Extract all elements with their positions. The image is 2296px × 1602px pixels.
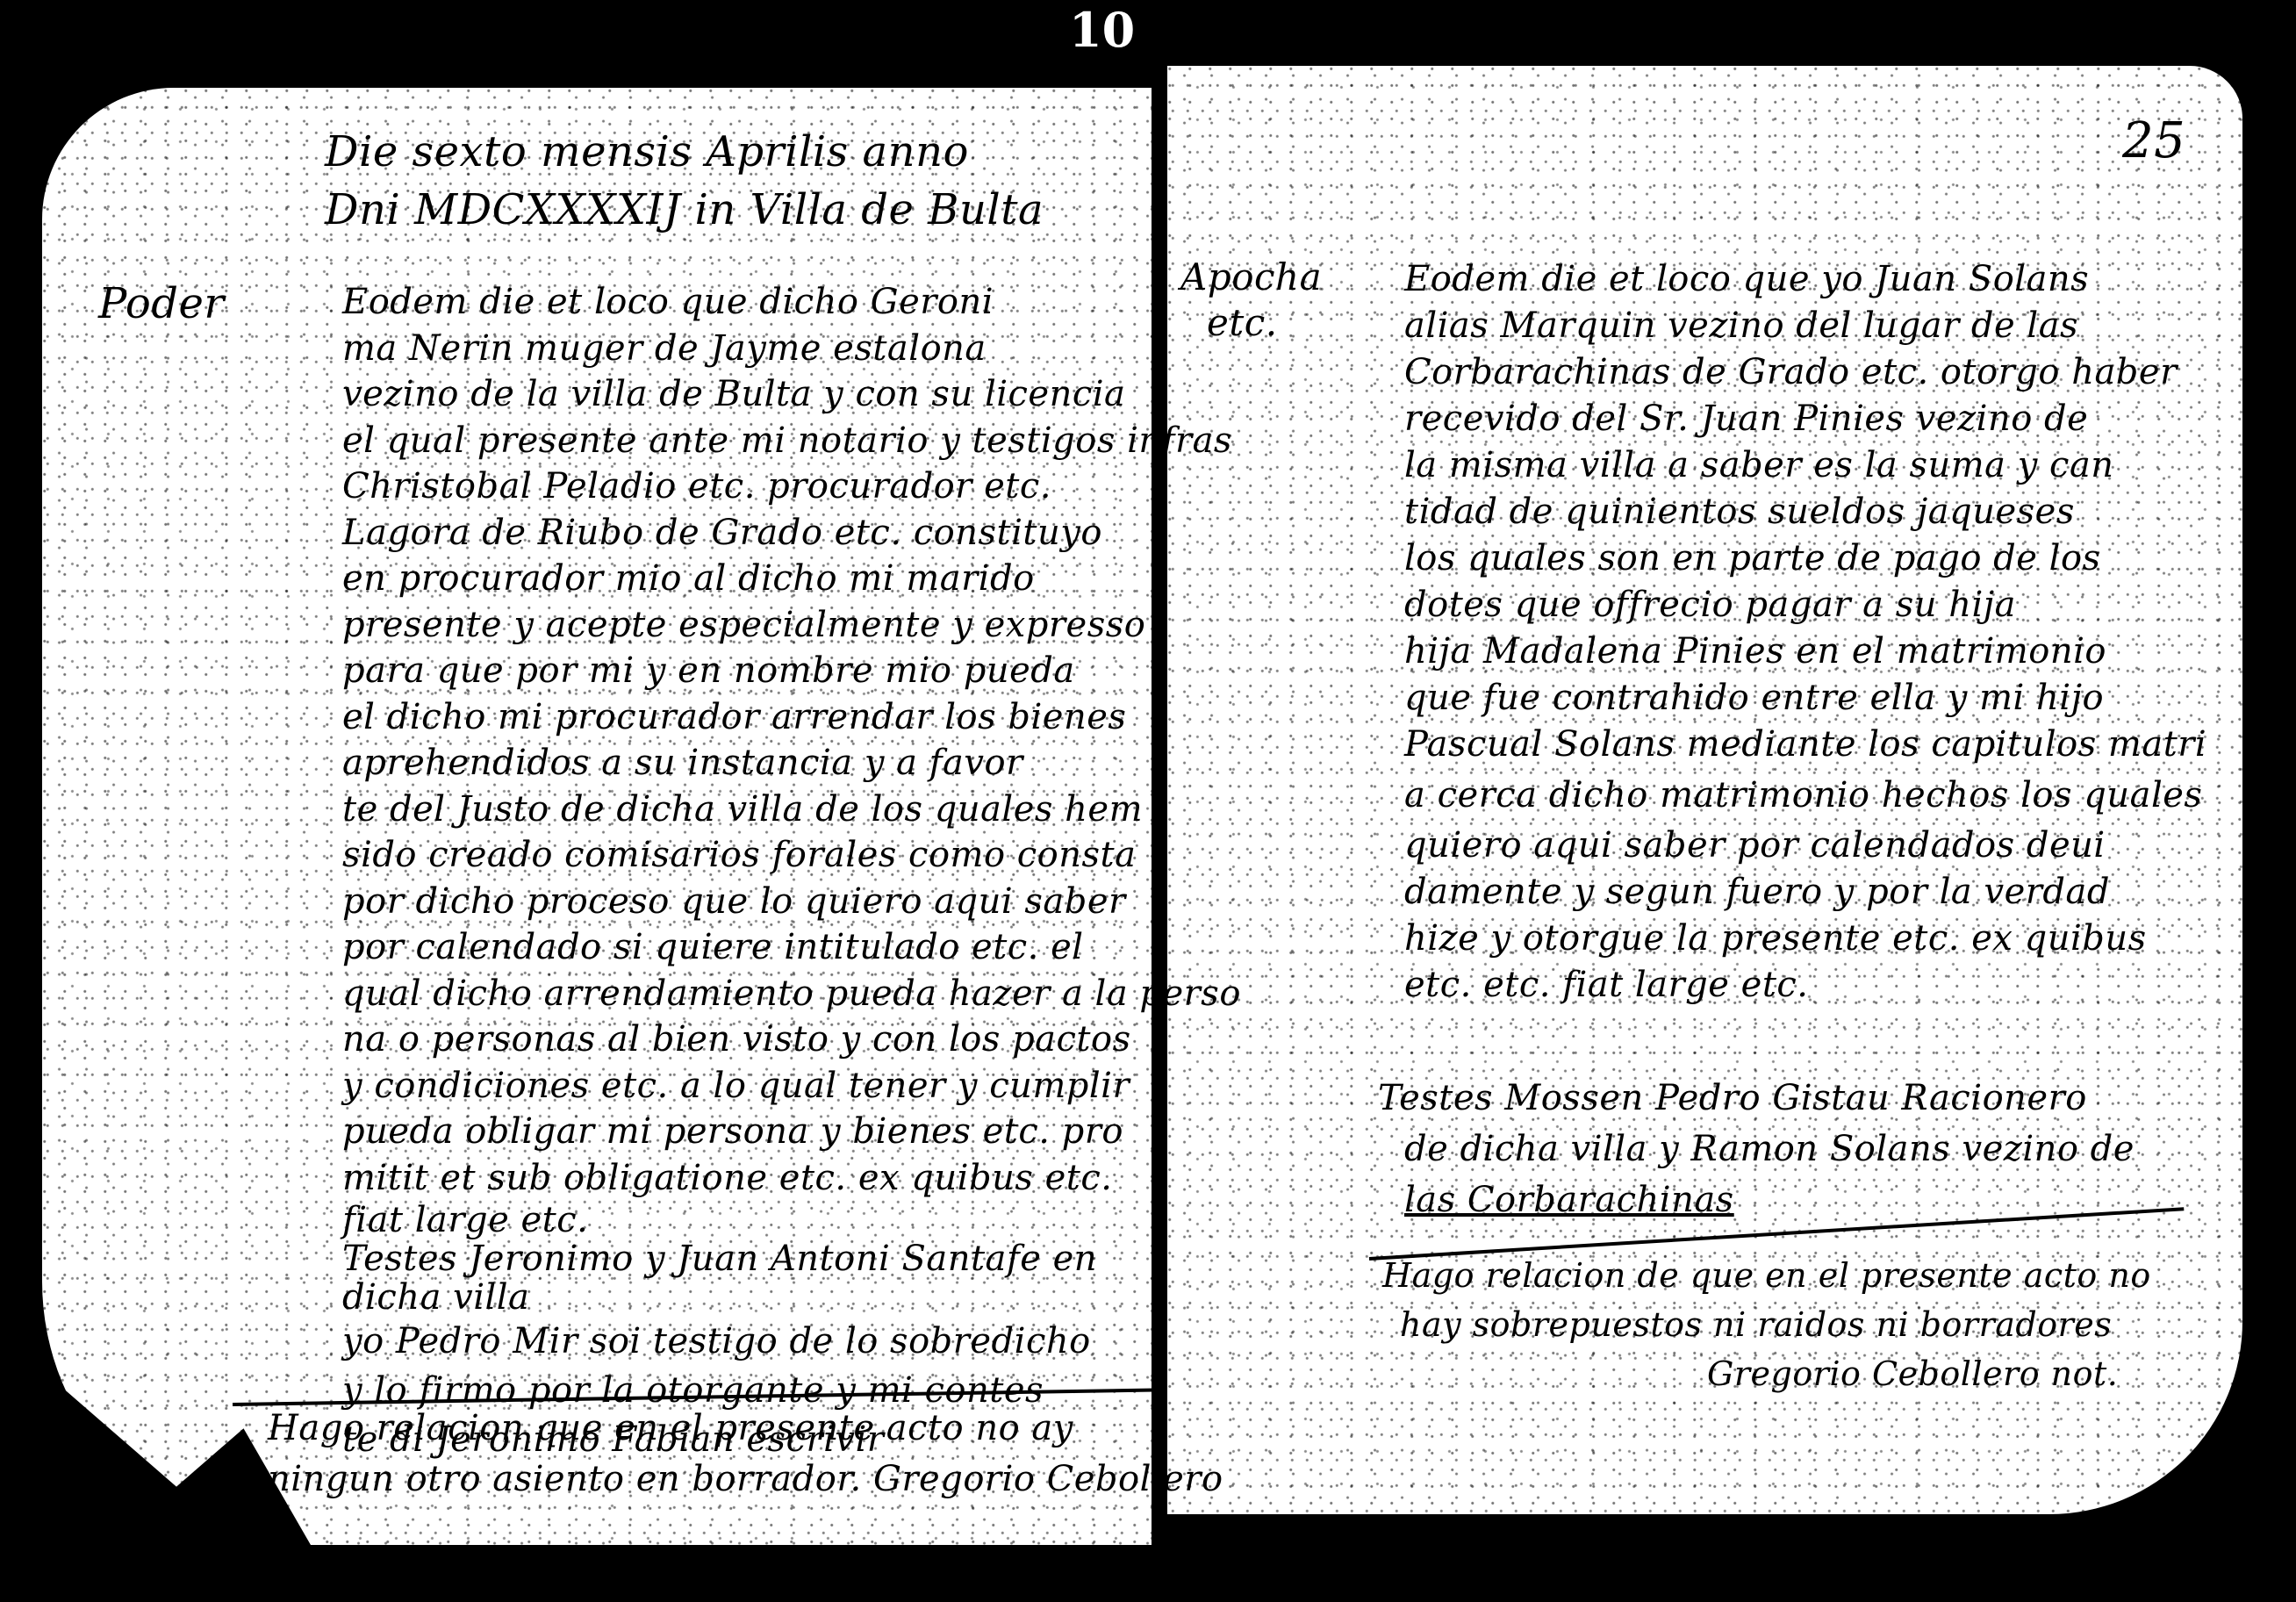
left-footer-note: Hago relacion que en el presente acto no…: [268, 1403, 1223, 1505]
body-line: aprehendidos a su instancia y a favor: [342, 740, 1241, 787]
body-line: Eodem die et loco que dicho Geroni: [342, 279, 1241, 326]
left-margin-note: Poder: [98, 279, 225, 328]
body-line: en procurador mio al dicho mi marido: [342, 556, 1241, 602]
body-line: Corbarachinas de Grado etc. otorgo haber: [1404, 349, 2206, 396]
body-line: pueda obligar mi persona y bienes etc. p…: [342, 1109, 1241, 1155]
witness-line: de dicha villa y Ramon Solans vezino de: [1378, 1124, 2135, 1175]
body-line: el qual presente ante mi notario y testi…: [342, 418, 1241, 464]
body-line: presente y acepte especialmente y expres…: [342, 602, 1241, 649]
body-line: Christobal Peladio etc. procurador etc.: [342, 463, 1241, 510]
left-body-text: Eodem die et loco que dicho Geroni ma Ne…: [342, 279, 1241, 1464]
right-footer-note: Hago relacion de que en el presente acto…: [1382, 1251, 2151, 1398]
heading-line: Dni MDCXXXXIJ in Villa de Bulta: [325, 181, 1044, 239]
body-line: por calendado si quiere intitulado etc. …: [342, 924, 1241, 971]
body-line: quiero aqui saber por calendados deui: [1404, 823, 2206, 869]
body-line: fiat large etc.: [342, 1201, 1241, 1239]
witness-line: Testes Mossen Pedro Gistau Racionero: [1378, 1073, 2135, 1124]
footer-line: ningun otro asiento en borrador. Gregori…: [268, 1454, 1223, 1505]
footer-line: Hago relacion que en el presente acto no…: [268, 1403, 1223, 1454]
footer-line: Hago relacion de que en el presente acto…: [1382, 1251, 2151, 1300]
margin-note-line: etc.: [1180, 300, 1322, 346]
body-line: el dicho mi procurador arrendar los bien…: [342, 694, 1241, 741]
body-line: hija Madalena Pinies en el matrimonio: [1404, 629, 2206, 675]
body-line: los quales son en parte de pago de los: [1404, 535, 2206, 582]
right-margin-note: Apocha etc.: [1180, 255, 1322, 346]
body-line: Eodem die et loco que yo Juan Solans: [1404, 256, 2206, 303]
footer-line: hay sobrepuestos ni raidos ni borradores: [1382, 1300, 2151, 1349]
margin-note-line: Apocha: [1180, 255, 1322, 300]
body-line: etc. etc. fiat large etc.: [1404, 962, 2206, 1009]
body-line: recevido del Sr. Juan Pinies vezino de: [1404, 396, 2206, 442]
body-line: te del Justo de dicha villa de los quale…: [342, 787, 1241, 833]
body-line: yo Pedro Mir soi testigo de lo sobredich…: [342, 1317, 1241, 1366]
body-line: a cerca dicho matrimonio hechos los qual…: [1404, 768, 2206, 823]
gutter-mark: 10: [1069, 2, 1095, 58]
body-line: sido creado comisarios forales como cons…: [342, 832, 1241, 879]
body-line: ma Nerin muger de Jayme estalona: [342, 326, 1241, 372]
body-line: vezino de la villa de Bulta y con su lic…: [342, 371, 1241, 418]
body-line: por dicho proceso que lo quiero aqui sab…: [342, 879, 1241, 925]
body-line: Testes Jeronimo y Juan Antoni Santafe en: [342, 1239, 1241, 1278]
body-line: dicha villa: [342, 1278, 1241, 1317]
body-line: tidad de quinientos sueldos jaqueses: [1404, 489, 2206, 535]
footer-line: Gregorio Cebollero not.: [1382, 1349, 2151, 1398]
folio-number: 25: [2122, 112, 2185, 169]
body-line: dotes que offrecio pagar a su hija: [1404, 582, 2206, 629]
body-line: para que por mi y en nombre mio pueda: [342, 648, 1241, 694]
body-line: na o personas al bien visto y con los pa…: [342, 1017, 1241, 1063]
body-line: damente y segun fuero y por la verdad: [1404, 869, 2206, 916]
body-line: que fue contrahido entre ella y mi hijo: [1404, 675, 2206, 722]
right-body-text: Eodem die et loco que yo Juan Solans ali…: [1404, 256, 2206, 1009]
body-line: hize y otorgue la presente etc. ex quibu…: [1404, 916, 2206, 962]
heading-line: Die sexto mensis Aprilis anno: [325, 123, 1044, 181]
body-line: mitit et sub obligatione etc. ex quibus …: [342, 1155, 1241, 1202]
body-line: la misma villa a saber es la suma y can: [1404, 442, 2206, 489]
body-line: alias Marquin vezino del lugar de las: [1404, 303, 2206, 349]
body-line: Pascual Solans mediante los capitulos ma…: [1404, 722, 2206, 768]
body-line: Lagora de Riubo de Grado etc. constituyo: [342, 510, 1241, 557]
body-line: qual dicho arrendamiento pueda hazer a l…: [342, 971, 1241, 1017]
left-heading: Die sexto mensis Aprilis anno Dni MDCXXX…: [325, 123, 1044, 239]
right-witness-text: Testes Mossen Pedro Gistau Racionero de …: [1378, 1073, 2135, 1225]
body-line: y condiciones etc. a lo qual tener y cum…: [342, 1063, 1241, 1110]
